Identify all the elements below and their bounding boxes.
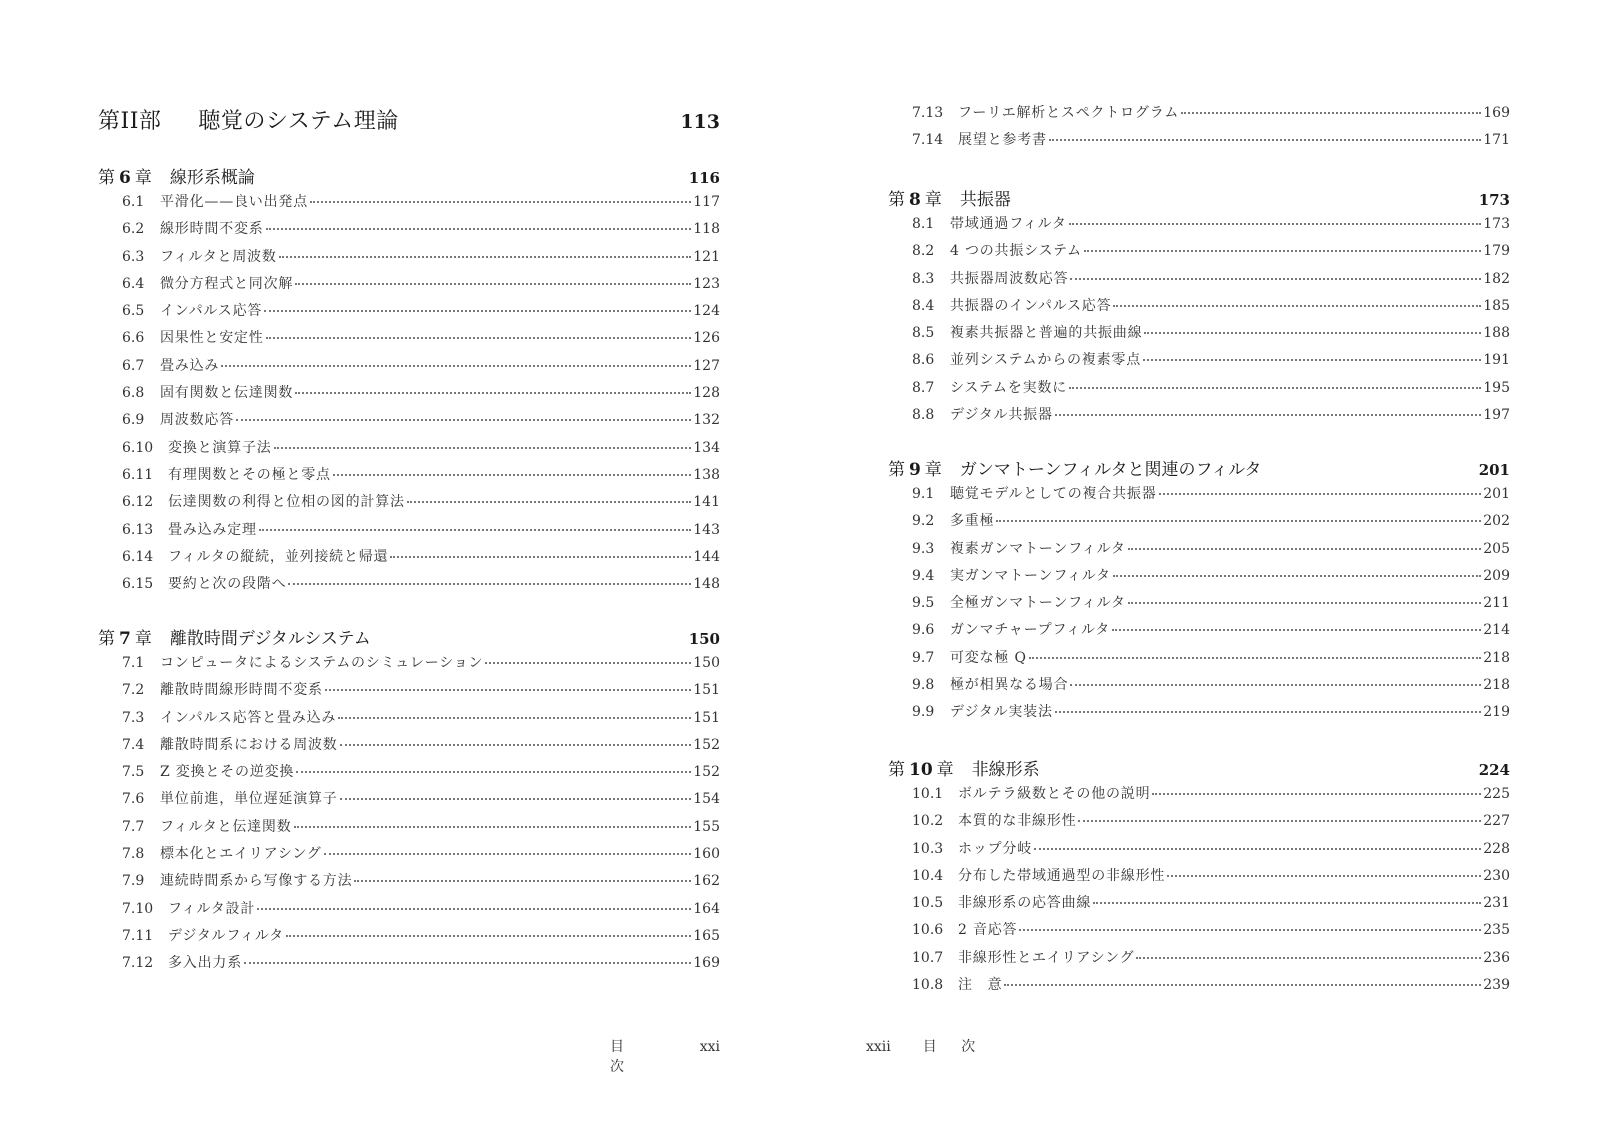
- section-page-number: 230: [1483, 868, 1510, 884]
- section-title: インパルス応答: [160, 300, 262, 320]
- section-list: 9.1聴覚モデルとしての複合共振器2019.2多重極2029.3複素ガンマトーン…: [888, 483, 1510, 729]
- page-footer-right: xxii 目 次: [866, 1036, 985, 1056]
- section-page-number: 201: [1483, 486, 1510, 502]
- toc-entry[interactable]: 6.12伝達関数の利得と位相の図的計算法141: [98, 491, 720, 518]
- section-page-number: 209: [1483, 568, 1510, 584]
- section-page-number: 195: [1483, 380, 1510, 396]
- section-page-number: 151: [693, 710, 720, 726]
- section-title: 並列システムからの複素零点: [950, 349, 1141, 369]
- toc-entry[interactable]: 7.14展望と参考書171: [888, 129, 1510, 156]
- section-number: 10.5: [912, 895, 958, 911]
- toc-entry[interactable]: 9.9デジタル実装法219: [888, 701, 1510, 728]
- section-page-number: 214: [1483, 622, 1510, 638]
- toc-entry[interactable]: 7.12多入出力系169: [98, 952, 720, 979]
- section-number: 9.2: [912, 513, 950, 529]
- section-number: 10.3: [912, 841, 958, 857]
- part-heading: 第II部 聴覚のシステム理論 113: [98, 104, 720, 144]
- section-number: 7.11: [122, 928, 168, 944]
- section-page-number: 179: [1483, 243, 1510, 259]
- section-title: デジタルフィルタ: [168, 925, 284, 945]
- section-number: 6.1: [122, 194, 160, 210]
- toc-entry[interactable]: 7.6単位前進，単位遅延演算子154: [98, 788, 720, 815]
- chapter-suffix: 章: [925, 190, 942, 210]
- section-title: 微分方程式と同次解: [160, 273, 293, 293]
- section-number: 8.6: [912, 352, 950, 368]
- chapter-prefix: 第: [888, 460, 905, 480]
- toc-entry[interactable]: 8.8デジタル共振器197: [888, 404, 1510, 431]
- part-page-number: 113: [680, 111, 720, 133]
- section-number: 8.7: [912, 380, 950, 396]
- section-number: 6.5: [122, 303, 160, 319]
- chapter-number: 6: [119, 168, 131, 188]
- chapter-prefix: 第: [98, 629, 115, 649]
- section-number: 7.3: [122, 710, 160, 726]
- chapter-suffix: 章: [925, 460, 942, 480]
- dot-leader: [333, 473, 691, 476]
- section-number: 6.6: [122, 330, 160, 346]
- section-title: 畳み込み定理: [168, 519, 257, 539]
- dot-leader: [279, 255, 692, 258]
- right-page: 7.13フーリエ解析とスペクトログラム1697.14展望と参考書171 第8章共…: [888, 0, 1510, 1140]
- chapter-prefix: 第: [888, 190, 905, 210]
- dot-leader: [1143, 358, 1481, 361]
- section-title: 単位前進，単位遅延演算子: [160, 788, 338, 808]
- section-number: 9.1: [912, 486, 950, 502]
- dot-leader: [266, 227, 692, 230]
- chapter-heading[interactable]: 第10章非線形系224: [888, 755, 1510, 781]
- toc-entry[interactable]: 7.13フーリエ解析とスペクトログラム169: [888, 102, 1510, 129]
- toc-entry[interactable]: 7.3インパルス応答と畳み込み151: [98, 707, 720, 734]
- dot-leader: [1070, 277, 1481, 280]
- section-number: 7.8: [122, 846, 160, 862]
- toc-entry[interactable]: 6.15要約と次の段階へ148: [98, 573, 720, 600]
- toc-entry[interactable]: 9.3複素ガンマトーンフィルタ205: [888, 538, 1510, 565]
- section-page-number: 150: [693, 655, 720, 671]
- section-title: 共振器のインパルス応答: [950, 295, 1111, 315]
- chapter-7: 第7章離散時間デジタルシステム1507.1コンピュータによるシステムのシミュレー…: [98, 624, 720, 980]
- section-number: 6.8: [122, 385, 160, 401]
- dot-leader: [407, 500, 691, 503]
- toc-entry[interactable]: 6.10変換と演算子法134: [98, 437, 720, 464]
- section-number: 6.11: [122, 467, 168, 483]
- dot-leader: [1049, 138, 1481, 141]
- toc-entry[interactable]: 8.24 つの共振システム179: [888, 240, 1510, 267]
- section-number: 6.2: [122, 221, 160, 237]
- section-page-number: 169: [693, 955, 720, 971]
- section-page-number: 227: [1483, 813, 1510, 829]
- section-number: 6.12: [122, 494, 168, 510]
- section-number: 8.1: [912, 216, 950, 232]
- dot-leader: [325, 688, 691, 691]
- toc-entry[interactable]: 10.4分布した帯域通過型の非線形性230: [888, 865, 1510, 892]
- toc-entry[interactable]: 10.2本質的な非線形性227: [888, 810, 1510, 837]
- dot-leader: [1055, 413, 1482, 416]
- toc-entry[interactable]: 8.1帯域通過フィルタ173: [888, 213, 1510, 240]
- section-title: 分布した帯域通過型の非線形性: [958, 865, 1165, 885]
- dot-leader: [1084, 249, 1481, 252]
- chapter-heading[interactable]: 第9章ガンマトーンフィルタと関連のフィルタ201: [888, 455, 1510, 481]
- section-title: 極が相異なる場合: [950, 674, 1068, 694]
- toc-entry[interactable]: 9.8極が相異なる場合218: [888, 674, 1510, 701]
- section-page-number: 138: [693, 467, 720, 483]
- dot-leader: [310, 200, 691, 203]
- dot-leader: [286, 934, 691, 937]
- section-number: 7.13: [912, 105, 958, 121]
- section-title: フーリエ解析とスペクトログラム: [958, 102, 1179, 122]
- section-page-number: 148: [693, 576, 720, 592]
- section-page-number: 128: [693, 385, 720, 401]
- section-title: 要約と次の段階へ: [168, 573, 286, 593]
- dot-leader: [288, 582, 691, 585]
- section-title: 多入出力系: [168, 952, 242, 972]
- section-page-number: 228: [1483, 841, 1510, 857]
- section-page-number: 171: [1483, 132, 1510, 148]
- toc-entry[interactable]: 7.2離散時間線形時間不変系151: [98, 679, 720, 706]
- page-footer-left: 目 次 xxi: [610, 1036, 720, 1076]
- section-title: 因果性と安定性: [160, 327, 264, 347]
- toc-entry[interactable]: 8.5複素共振器と普遍的共振曲線188: [888, 322, 1510, 349]
- section-title: 帯域通過フィルタ: [950, 213, 1067, 233]
- section-page-number: 151: [693, 682, 720, 698]
- section-list: 8.1帯域通過フィルタ1738.24 つの共振システム1798.3共振器周波数応…: [888, 213, 1510, 431]
- toc-entry[interactable]: 10.3ホップ分岐228: [888, 838, 1510, 865]
- section-list: 10.1ボルテラ級数とその他の説明22510.2本質的な非線形性22710.3ホ…: [888, 783, 1510, 1001]
- chapter-title: 第8章共振器: [888, 185, 1011, 210]
- toc-entry[interactable]: 6.3フィルタと周波数121: [98, 246, 720, 273]
- section-number: 9.8: [912, 677, 950, 693]
- part-title: 聴覚のシステム理論: [198, 109, 398, 134]
- dot-leader: [1069, 386, 1481, 389]
- dot-leader: [338, 716, 691, 719]
- section-page-number: 143: [693, 522, 720, 538]
- dot-leader: [1113, 304, 1481, 307]
- section-page-number: 160: [693, 846, 720, 862]
- chapter-page-number: 224: [1479, 761, 1510, 779]
- chapter-name: ガンマトーンフィルタと関連のフィルタ: [960, 460, 1262, 480]
- toc-entry[interactable]: 8.6並列システムからの複素零点191: [888, 349, 1510, 376]
- dot-leader: [1019, 928, 1481, 931]
- section-number: 7.7: [122, 819, 160, 835]
- section-title: デジタル共振器: [950, 404, 1053, 424]
- dot-leader: [257, 907, 691, 910]
- section-page-number: 127: [693, 358, 720, 374]
- section-number: 6.10: [122, 440, 168, 456]
- section-number: 7.12: [122, 955, 168, 971]
- dot-leader: [324, 852, 692, 855]
- chapter-title: 第7章離散時間デジタルシステム: [98, 624, 371, 649]
- section-number: 7.6: [122, 791, 160, 807]
- chapter-page-number: 173: [1479, 191, 1510, 209]
- dot-leader: [274, 446, 692, 449]
- section-page-number: 154: [693, 791, 720, 807]
- section-title: 離散時間線形時間不変系: [160, 679, 323, 699]
- section-number: 9.9: [912, 704, 950, 720]
- section-title: フィルタと伝達関数: [160, 816, 292, 836]
- chapter-suffix: 章: [135, 629, 152, 649]
- section-number: 7.10: [122, 901, 168, 917]
- section-title: インパルス応答と畳み込み: [160, 707, 336, 727]
- toc-entry[interactable]: 6.13畳み込み定理143: [98, 519, 720, 546]
- chapter-title: 第6章線形系概論: [98, 163, 255, 188]
- chapter-title: 第9章ガンマトーンフィルタと関連のフィルタ: [888, 455, 1261, 480]
- section-page-number: 236: [1483, 950, 1510, 966]
- section-number: 8.3: [912, 271, 950, 287]
- chapter-number: 10: [909, 760, 933, 780]
- section-number: 10.2: [912, 813, 958, 829]
- section-list: 7.1コンピュータによるシステムのシミュレーション1507.2離散時間線形時間不…: [98, 652, 720, 980]
- section-number: 10.4: [912, 868, 958, 884]
- section-number: 10.7: [912, 950, 958, 966]
- section-title: 注 意: [958, 974, 1002, 994]
- section-title: 複素ガンマトーンフィルタ: [950, 538, 1126, 558]
- section-page-number: 126: [693, 330, 720, 346]
- section-title: 標本化とエイリアシング: [160, 843, 322, 863]
- dot-leader: [264, 309, 691, 312]
- section-page-number: 173: [1483, 216, 1510, 232]
- dot-leader: [294, 825, 692, 828]
- footer-label: 目 次: [923, 1036, 985, 1056]
- dot-leader: [1152, 792, 1481, 795]
- dot-leader: [354, 879, 691, 882]
- section-page-number: 202: [1483, 513, 1510, 529]
- dot-leader: [1167, 874, 1481, 877]
- toc-entry[interactable]: 6.6因果性と安定性126: [98, 327, 720, 354]
- dot-leader: [295, 282, 691, 285]
- section-number: 8.8: [912, 407, 950, 423]
- chapter-prefix: 第: [98, 168, 115, 188]
- section-number: 6.9: [122, 412, 160, 428]
- dot-leader: [1004, 983, 1481, 986]
- toc-entry[interactable]: 7.1コンピュータによるシステムのシミュレーション150: [98, 652, 720, 679]
- chapter-number: 8: [909, 190, 921, 210]
- section-title: 畳み込み: [160, 355, 219, 375]
- toc-entry[interactable]: 10.62 音応答235: [888, 919, 1510, 946]
- section-page-number: 165: [693, 928, 720, 944]
- footer-label: 目 次: [610, 1036, 668, 1076]
- section-title: 展望と参考書: [958, 129, 1047, 149]
- chapter-suffix: 章: [135, 168, 152, 188]
- section-number: 6.14: [122, 549, 168, 565]
- section-title: 伝達関数の利得と位相の図的計算法: [168, 491, 405, 511]
- section-page-number: 124: [693, 303, 720, 319]
- section-title: コンピュータによるシステムのシミュレーション: [160, 652, 483, 672]
- toc-entry[interactable]: 6.9周波数応答132: [98, 409, 720, 436]
- section-page-number: 239: [1483, 977, 1510, 993]
- dot-leader: [221, 364, 691, 367]
- chapter-name: 線形系概論: [170, 168, 255, 188]
- section-title: デジタル実装法: [950, 701, 1053, 721]
- section-title: システムを実数に: [950, 377, 1067, 397]
- section-page-number: 218: [1483, 650, 1510, 666]
- toc-entry[interactable]: 6.2線形時間不変系118: [98, 218, 720, 245]
- section-title: 非線形系の応答曲線: [958, 892, 1091, 912]
- section-page-number: 123: [693, 276, 720, 292]
- toc-entry[interactable]: 7.4離散時間系における周波数152: [98, 734, 720, 761]
- dot-leader: [1069, 222, 1482, 225]
- dot-leader: [1112, 628, 1481, 631]
- chapter-page-number: 150: [689, 630, 720, 648]
- dot-leader: [340, 743, 692, 746]
- section-page-number: 205: [1483, 541, 1510, 557]
- chapter-number: 9: [909, 460, 921, 480]
- section-number: 9.4: [912, 568, 950, 584]
- section-page-number: 162: [693, 873, 720, 889]
- toc-entry[interactable]: 7.5Z 変換とその逆変換152: [98, 761, 720, 788]
- toc-entry[interactable]: 7.8標本化とエイリアシング160: [98, 843, 720, 870]
- section-title: 複素共振器と普遍的共振曲線: [950, 322, 1142, 342]
- dot-leader: [295, 391, 691, 394]
- section-page-number: 164: [693, 901, 720, 917]
- dot-leader: [996, 519, 1481, 522]
- section-title: 4 つの共振システム: [950, 240, 1082, 260]
- toc-entry[interactable]: 6.7畳み込み127: [98, 355, 720, 382]
- section-title: 非線形性とエイリアシング: [958, 947, 1134, 967]
- section-page-number: 141: [693, 494, 720, 510]
- toc-entry[interactable]: 10.5非線形系の応答曲線231: [888, 892, 1510, 919]
- section-page-number: 118: [693, 221, 720, 237]
- section-page-number: 144: [693, 549, 720, 565]
- part-label: 第II部: [98, 109, 161, 134]
- chapter-6: 第6章線形系概論1166.1平滑化——良い出発点1176.2線形時間不変系118…: [98, 163, 720, 600]
- toc-entry[interactable]: 8.3共振器周波数応答182: [888, 268, 1510, 295]
- section-page-number: 219: [1483, 704, 1510, 720]
- footer-page-number: xxi: [700, 1039, 720, 1055]
- continued-sections: 7.13フーリエ解析とスペクトログラム1697.14展望と参考書171: [888, 102, 1510, 157]
- section-title: 線形時間不変系: [160, 218, 264, 238]
- section-page-number: 188: [1483, 325, 1510, 341]
- chapter-suffix: 章: [937, 760, 954, 780]
- dot-leader: [1093, 901, 1481, 904]
- section-page-number: 169: [1483, 105, 1510, 121]
- section-page-number: 152: [693, 764, 720, 780]
- section-page-number: 191: [1483, 352, 1510, 368]
- toc-entry[interactable]: 6.5インパルス応答124: [98, 300, 720, 327]
- section-number: 6.7: [122, 358, 160, 374]
- toc-entry[interactable]: 8.7システムを実数に195: [888, 377, 1510, 404]
- dot-leader: [244, 961, 691, 964]
- chapter-heading[interactable]: 第6章線形系概論116: [98, 163, 720, 189]
- chapter-name: 共振器: [960, 190, 1011, 210]
- toc-entry[interactable]: 6.8固有関数と伝達関数128: [98, 382, 720, 409]
- chapter-name: 離散時間デジタルシステム: [170, 629, 371, 649]
- section-title: 離散時間系における周波数: [160, 734, 338, 754]
- dot-leader: [485, 661, 691, 664]
- section-number: 7.2: [122, 682, 160, 698]
- section-title: ガンマチャープフィルタ: [950, 619, 1110, 639]
- section-title: 聴覚モデルとしての複合共振器: [950, 483, 1157, 503]
- toc-entry[interactable]: 6.1平滑化——良い出発点117: [98, 191, 720, 218]
- chapter-page-number: 116: [689, 169, 720, 187]
- section-number: 9.7: [912, 650, 950, 666]
- toc-entry[interactable]: 6.11有理関数とその極と零点138: [98, 464, 720, 491]
- section-title: 可変な極 Q: [950, 647, 1027, 667]
- chapter-8: 第8章共振器1738.1帯域通過フィルタ1738.24 つの共振システム1798…: [888, 185, 1510, 431]
- toc-entry[interactable]: 9.4実ガンマトーンフィルタ209: [888, 565, 1510, 592]
- toc-entry[interactable]: 7.10フィルタ設計164: [98, 898, 720, 925]
- section-number: 9.3: [912, 541, 950, 557]
- section-page-number: 211: [1483, 595, 1510, 611]
- section-number: 6.15: [122, 576, 168, 592]
- section-number: 8.4: [912, 298, 950, 314]
- chapter-number: 7: [119, 629, 131, 649]
- toc-entry[interactable]: 8.4共振器のインパルス応答185: [888, 295, 1510, 322]
- chapter-9: 第9章ガンマトーンフィルタと関連のフィルタ2019.1聴覚モデルとしての複合共振…: [888, 455, 1510, 729]
- section-page-number: 235: [1483, 922, 1510, 938]
- dot-leader: [1055, 710, 1482, 713]
- chapter-prefix: 第: [888, 760, 905, 780]
- section-number: 6.13: [122, 522, 168, 538]
- chapter-heading[interactable]: 第7章離散時間デジタルシステム150: [98, 624, 720, 650]
- section-page-number: 182: [1483, 271, 1510, 287]
- chapter-10: 第10章非線形系22410.1ボルテラ級数とその他の説明22510.2本質的な非…: [888, 755, 1510, 1001]
- dot-leader: [340, 797, 692, 800]
- section-page-number: 152: [693, 737, 720, 753]
- section-title: 連続時間系から写像する方法: [160, 870, 352, 890]
- dot-leader: [1113, 574, 1481, 577]
- section-number: 10.1: [912, 786, 958, 802]
- toc-entry[interactable]: 10.1ボルテラ級数とその他の説明225: [888, 783, 1510, 810]
- chapter-page-number: 201: [1479, 461, 1510, 479]
- toc-entry[interactable]: 9.1聴覚モデルとしての複合共振器201: [888, 483, 1510, 510]
- section-number: 8.5: [912, 325, 950, 341]
- section-title: 全極ガンマトーンフィルタ: [950, 592, 1126, 612]
- toc-entry[interactable]: 9.6ガンマチャープフィルタ214: [888, 619, 1510, 646]
- toc-entry[interactable]: 9.2多重極202: [888, 510, 1510, 537]
- chapter-title: 第10章非線形系: [888, 755, 1040, 780]
- chapter-heading[interactable]: 第8章共振器173: [888, 185, 1510, 211]
- dot-leader: [1136, 956, 1481, 959]
- section-number: 7.4: [122, 737, 160, 753]
- section-number: 8.2: [912, 243, 950, 259]
- section-page-number: 225: [1483, 786, 1510, 802]
- dot-leader: [1070, 683, 1481, 686]
- section-page-number: 231: [1483, 895, 1510, 911]
- section-title: ホップ分岐: [958, 838, 1032, 858]
- section-title: 実ガンマトーンフィルタ: [950, 565, 1111, 585]
- section-number: 6.4: [122, 276, 160, 292]
- dot-leader: [390, 555, 691, 558]
- section-title: 周波数応答: [160, 409, 234, 429]
- section-title: フィルタの縦続，並列接続と帰還: [168, 546, 388, 566]
- toc-entry[interactable]: 10.8注 意239: [888, 974, 1510, 1001]
- toc-entry[interactable]: 9.7可変な極 Q218: [888, 647, 1510, 674]
- section-number: 7.14: [912, 132, 958, 148]
- section-page-number: 121: [693, 249, 720, 265]
- section-title: 固有関数と伝達関数: [160, 382, 293, 402]
- left-page: 第II部 聴覚のシステム理論 113 第6章線形系概論1166.1平滑化——良い…: [98, 0, 720, 1140]
- dot-leader: [1128, 547, 1482, 550]
- section-title: 平滑化——良い出発点: [160, 191, 308, 211]
- dot-leader: [1128, 601, 1482, 604]
- dot-leader: [1034, 847, 1481, 850]
- section-title: フィルタと周波数: [160, 246, 277, 266]
- toc-entry[interactable]: 7.9連続時間系から写像する方法162: [98, 870, 720, 897]
- section-page-number: 218: [1483, 677, 1510, 693]
- toc-entry[interactable]: 7.11デジタルフィルタ165: [98, 925, 720, 952]
- section-number: 9.6: [912, 622, 950, 638]
- section-page-number: 132: [693, 412, 720, 428]
- toc-entry[interactable]: 6.4微分方程式と同次解123: [98, 273, 720, 300]
- toc-entry[interactable]: 7.7フィルタと伝達関数155: [98, 816, 720, 843]
- toc-entry[interactable]: 6.14フィルタの縦続，並列接続と帰還144: [98, 546, 720, 573]
- section-title: ボルテラ級数とその他の説明: [958, 783, 1150, 803]
- section-page-number: 134: [693, 440, 720, 456]
- section-number: 7.1: [122, 655, 160, 671]
- toc-entry[interactable]: 9.5全極ガンマトーンフィルタ211: [888, 592, 1510, 619]
- dot-leader: [296, 770, 691, 773]
- section-title: 共振器周波数応答: [950, 268, 1068, 288]
- toc-entry[interactable]: 10.7非線形性とエイリアシング236: [888, 947, 1510, 974]
